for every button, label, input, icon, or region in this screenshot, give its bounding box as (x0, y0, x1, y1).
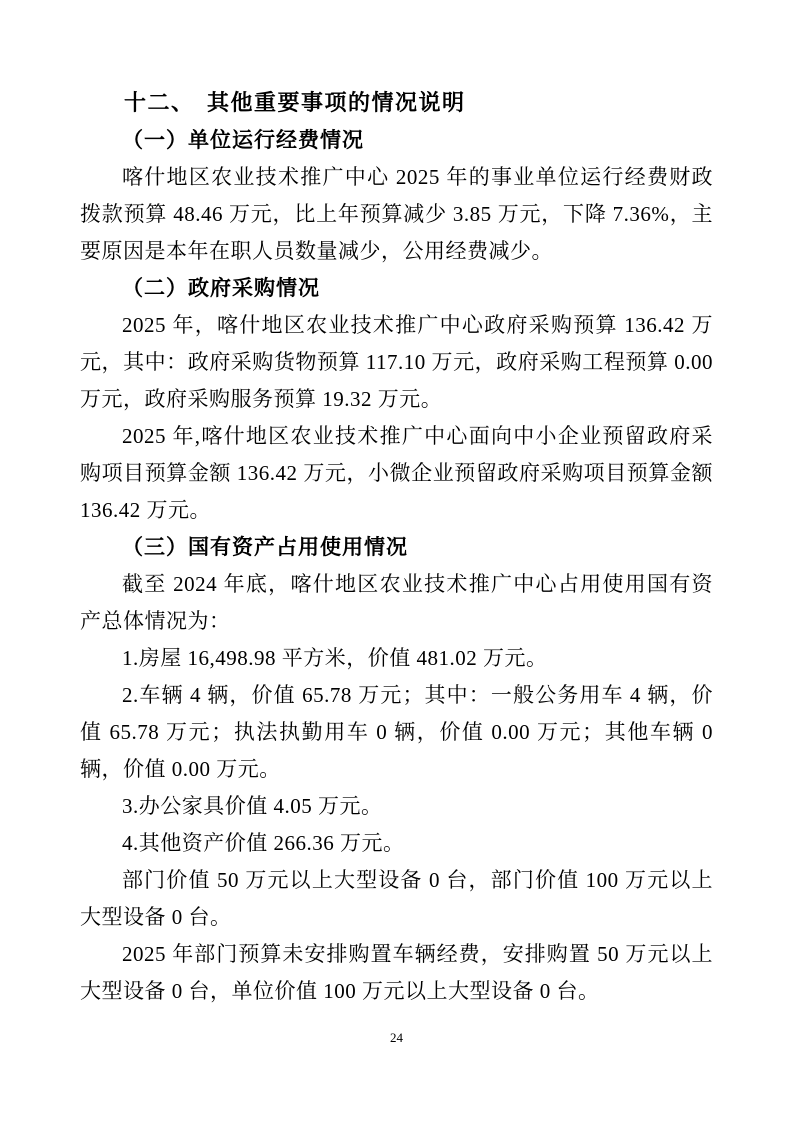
paragraph-assets-furniture: 3.办公家具价值 4.05 万元。 (80, 788, 713, 825)
paragraph-large-equipment: 部门价值 50 万元以上大型设备 0 台，部门价值 100 万元以上大型设备 0… (80, 862, 713, 936)
paragraph-procurement-sme-reserve: 2025 年,喀什地区农业技术推广中心面向中小企业预留政府采购项目预算金额 13… (80, 418, 713, 529)
section-state-owned-assets: （三）国有资产占用使用情况 截至 2024 年底，喀什地区农业技术推广中心占用使… (80, 529, 713, 1010)
section-unit-operating-expenses: （一）单位运行经费情况 喀什地区农业技术推广中心 2025 年的事业单位运行经费… (80, 122, 713, 270)
section-heading-state-owned-assets: （三）国有资产占用使用情况 (80, 529, 713, 566)
paragraph-2025-equipment-plan: 2025 年部门预算未安排购置车辆经费，安排购置 50 万元以上大型设备 0 台… (80, 936, 713, 1010)
section-heading-unit-operating-expenses: （一）单位运行经费情况 (80, 122, 713, 159)
section-heading-government-procurement: （二）政府采购情况 (80, 270, 713, 307)
section-government-procurement: （二）政府采购情况 2025 年，喀什地区农业技术推广中心政府采购预算 136.… (80, 270, 713, 529)
paragraph-operating-expenses: 喀什地区农业技术推广中心 2025 年的事业单位运行经费财政拨款预算 48.46… (80, 159, 713, 270)
document-page: 十二、 其他重要事项的情况说明 （一）单位运行经费情况 喀什地区农业技术推广中心… (0, 0, 793, 1122)
paragraph-assets-vehicles: 2.车辆 4 辆，价值 65.78 万元；其中：一般公务用车 4 辆，价值 65… (80, 677, 713, 788)
paragraph-procurement-budget: 2025 年，喀什地区农业技术推广中心政府采购预算 136.42 万元，其中：政… (80, 307, 713, 418)
page-number: 24 (0, 1030, 793, 1046)
paragraph-assets-other: 4.其他资产价值 266.36 万元。 (80, 825, 713, 862)
main-heading: 十二、 其他重要事项的情况说明 (80, 84, 713, 122)
paragraph-assets-housing: 1.房屋 16,498.98 平方米，价值 481.02 万元。 (80, 640, 713, 677)
paragraph-assets-intro: 截至 2024 年底，喀什地区农业技术推广中心占用使用国有资产总体情况为： (80, 566, 713, 640)
